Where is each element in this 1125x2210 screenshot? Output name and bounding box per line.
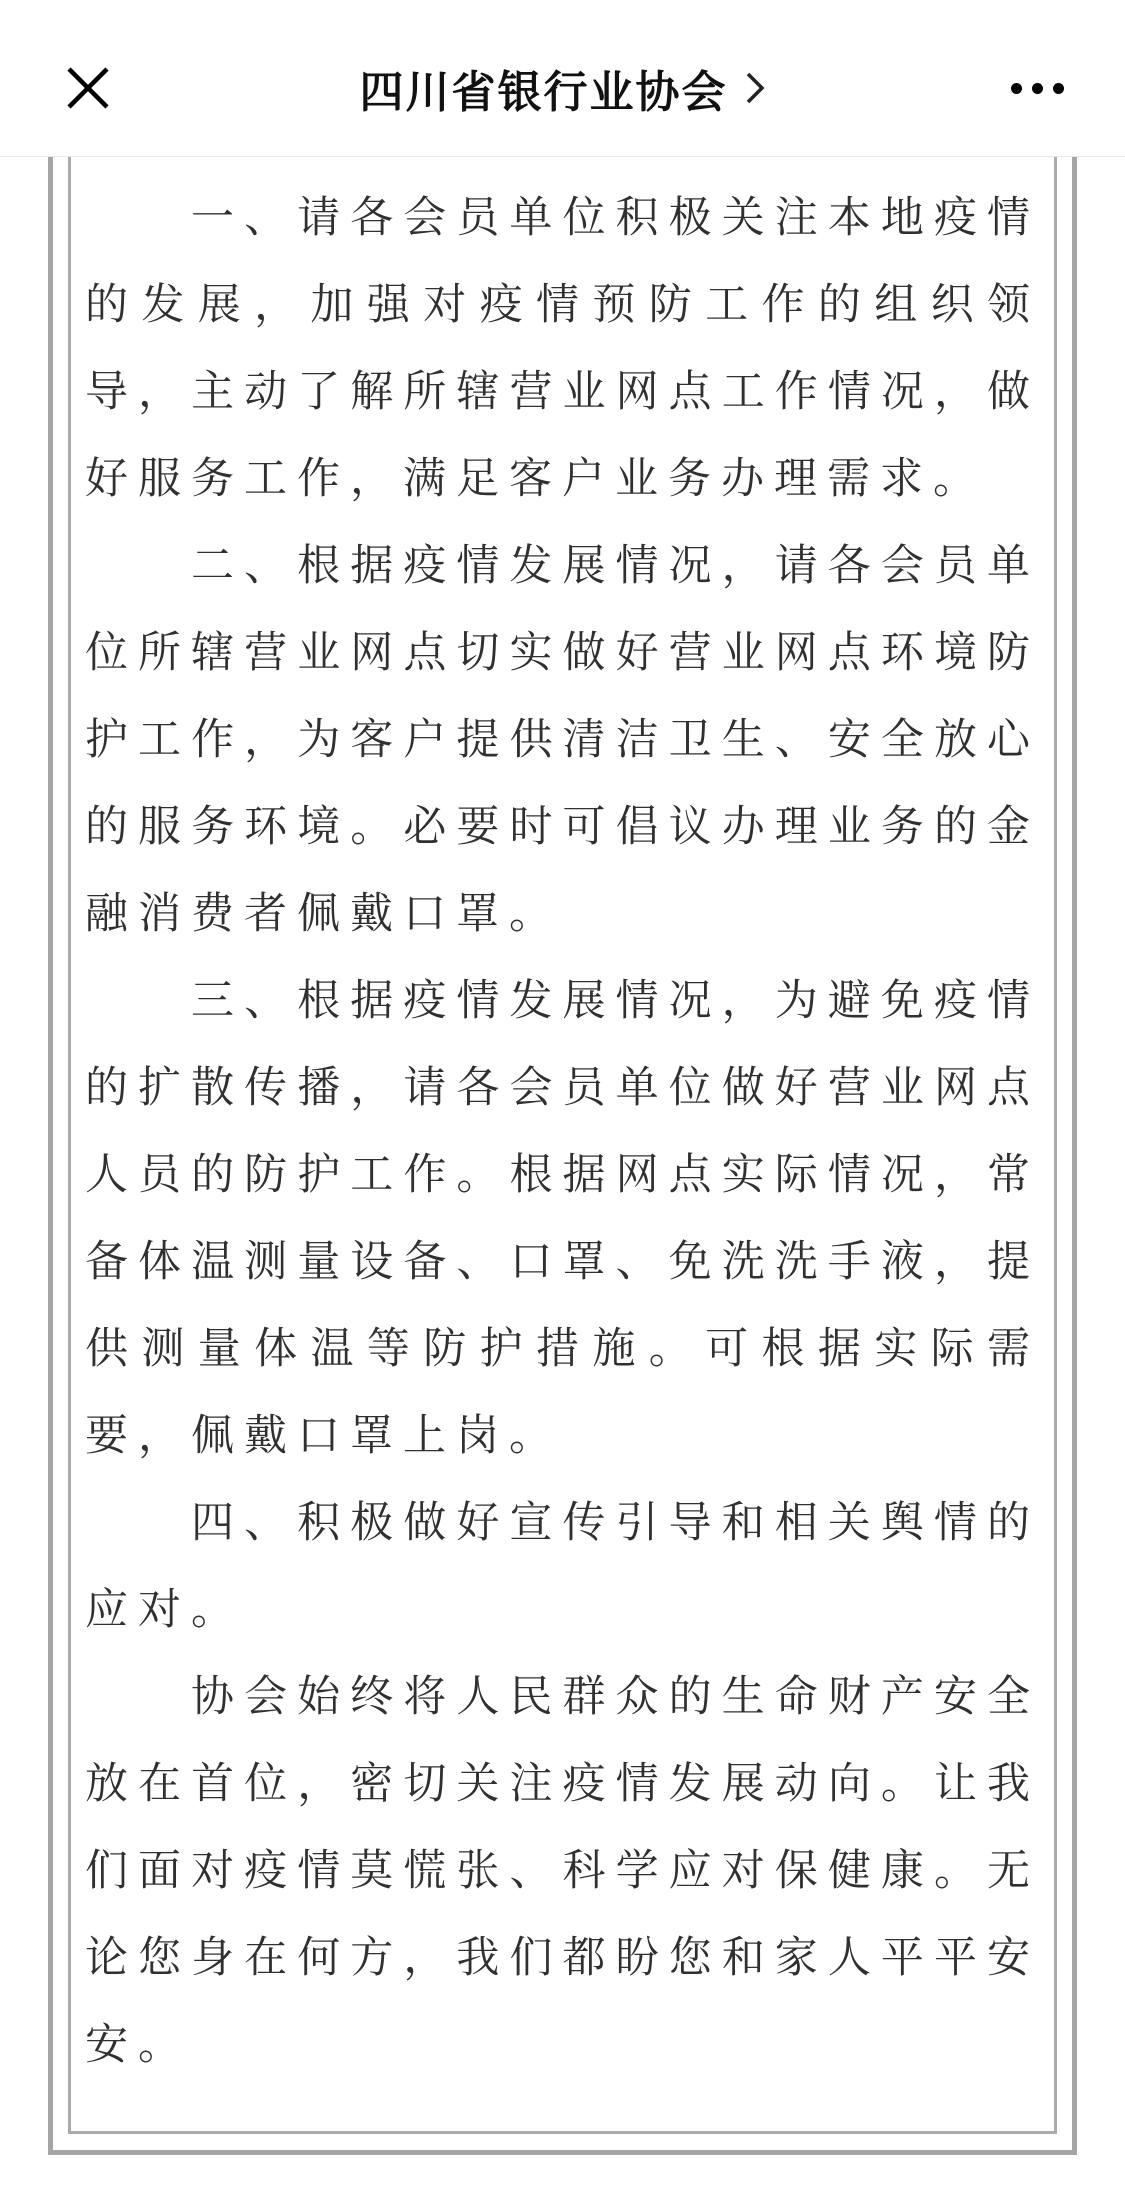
more-button[interactable] <box>1007 58 1067 118</box>
text-line: 三、根据疫情发展情况，为避免疫情 <box>85 958 1040 1045</box>
text-line: 论您身在何方，我们都盼您和家人平平安 <box>85 1915 1040 2002</box>
text-line: 放在首位，密切关注疫情发展动向。让我 <box>85 1741 1040 1828</box>
text-line: 四、积极做好宣传引导和相关舆情的 <box>85 1480 1040 1567</box>
close-button[interactable] <box>58 58 118 118</box>
close-icon <box>66 66 110 110</box>
text-line: 导，主动了解所辖营业网点工作情况，做 <box>85 349 1040 436</box>
text-line: 融消费者佩戴口罩。 <box>85 871 1040 958</box>
official-account-title[interactable]: 四川省银行业协会 <box>118 56 1007 120</box>
text-line: 备体温测量设备、口罩、免洗洗手液，提 <box>85 1219 1040 1306</box>
text-line: 的发展，加强对疫情预防工作的组织领 <box>85 262 1040 349</box>
text-line: 的扩散传播，请各会员单位做好营业网点 <box>85 1045 1040 1132</box>
text-line: 应对。 <box>85 1567 1040 1654</box>
article-body: 一、请各会员单位积极关注本地疫情的发展，加强对疫情预防工作的组织领导，主动了解所… <box>0 157 1125 2210</box>
text-line: 要，佩戴口罩上岗。 <box>85 1393 1040 1480</box>
text-line: 位所辖营业网点切实做好营业网点环境防 <box>85 610 1040 697</box>
text-line: 二、根据疫情发展情况，请各会员单 <box>85 523 1040 610</box>
document-outer-frame: 一、请各会员单位积极关注本地疫情的发展，加强对疫情预防工作的组织领导，主动了解所… <box>48 157 1077 2155</box>
navbar: 四川省银行业协会 <box>0 0 1125 157</box>
chevron-right-icon <box>744 70 766 106</box>
wechat-article-screen: 四川省银行业协会 一、请各会员单位积极关注本地疫情的发展，加强对疫情预防工作的组… <box>0 0 1125 2210</box>
ellipsis-icon <box>1011 83 1064 94</box>
text-line: 一、请各会员单位积极关注本地疫情 <box>85 175 1040 262</box>
text-line: 安。 <box>85 2002 1040 2089</box>
document-text: 一、请各会员单位积极关注本地疫情的发展，加强对疫情预防工作的组织领导，主动了解所… <box>85 175 1040 2089</box>
text-line: 们面对疫情莫慌张、科学应对保健康。无 <box>85 1828 1040 1915</box>
text-line: 好服务工作，满足客户业务办理需求。 <box>85 436 1040 523</box>
account-title-label: 四川省银行业协会 <box>360 56 728 120</box>
text-line: 的服务环境。必要时可倡议办理业务的金 <box>85 784 1040 871</box>
document-inner-frame: 一、请各会员单位积极关注本地疫情的发展，加强对疫情预防工作的组织领导，主动了解所… <box>68 157 1057 2134</box>
text-line: 供测量体温等防护措施。可根据实际需 <box>85 1306 1040 1393</box>
text-line: 协会始终将人民群众的生命财产安全 <box>85 1654 1040 1741</box>
text-line: 护工作，为客户提供清洁卫生、安全放心 <box>85 697 1040 784</box>
text-line: 人员的防护工作。根据网点实际情况，常 <box>85 1132 1040 1219</box>
